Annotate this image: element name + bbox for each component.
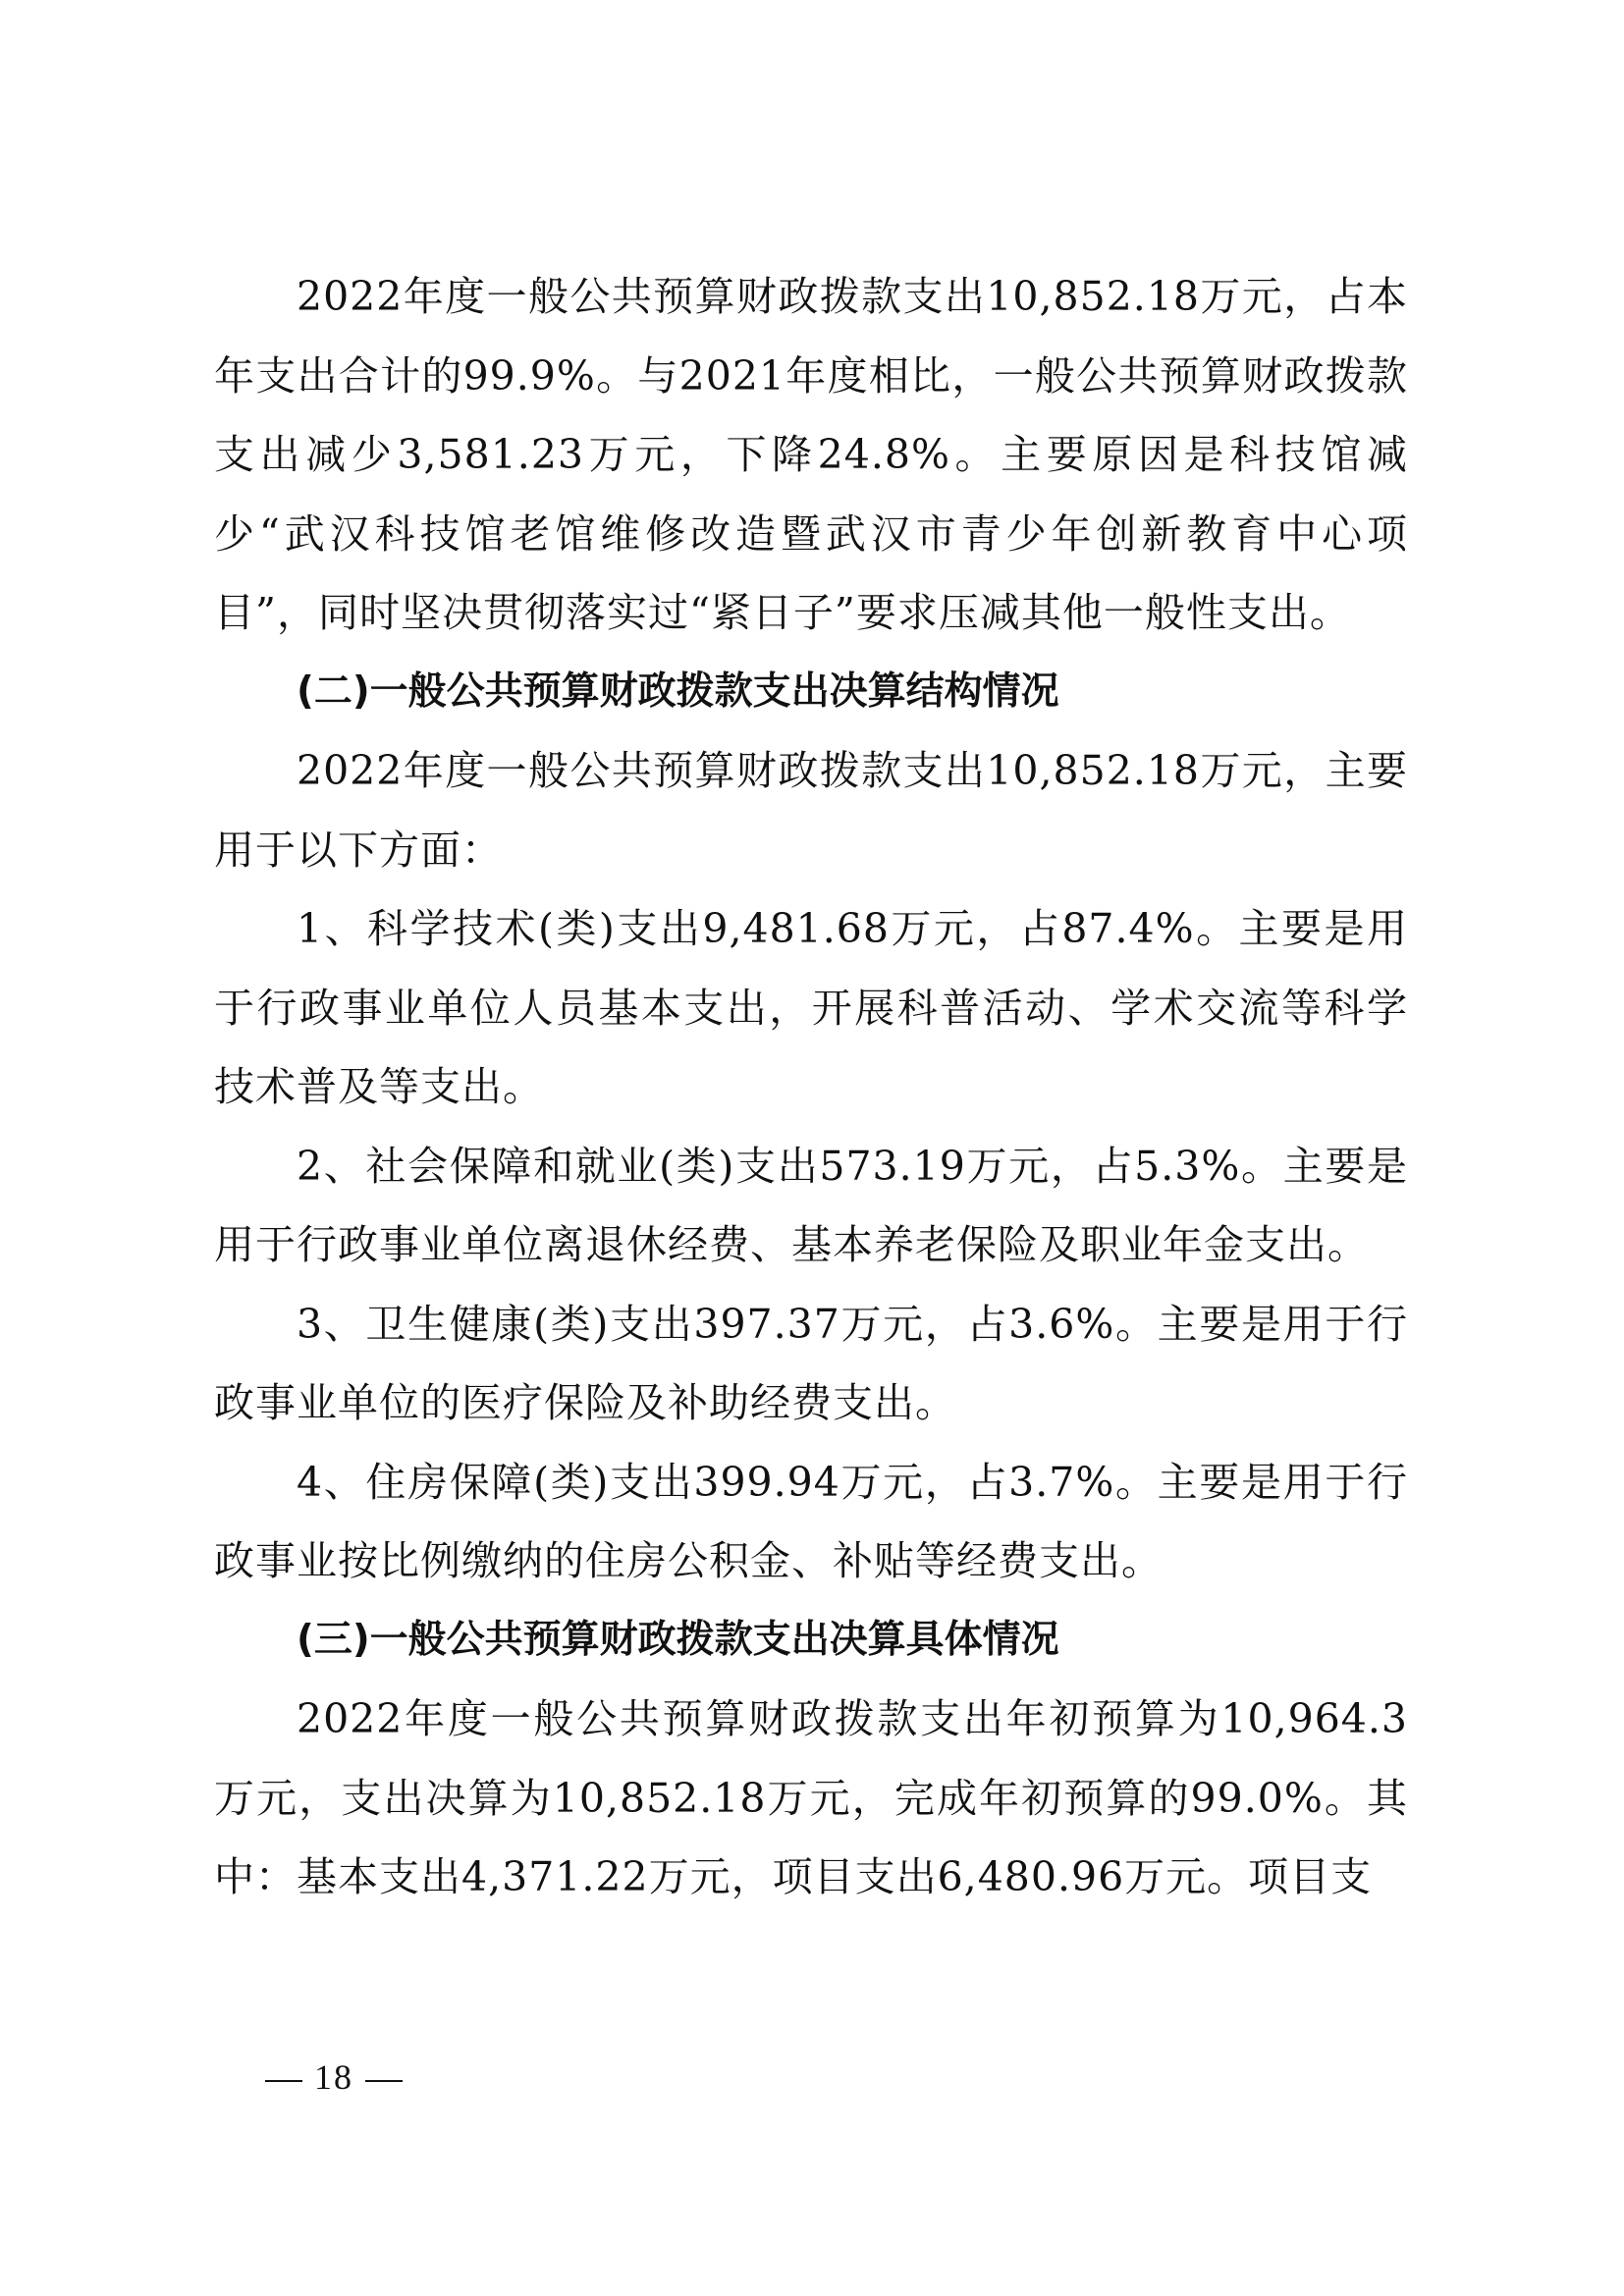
section-heading-details: (三)一般公共预算财政拨款支出决算具体情况 [214, 1601, 1408, 1681]
page-number: 18 [314, 2057, 353, 2097]
paragraph-budget-details: 2022年度一般公共预算财政拨款支出年初预算为10,964.3万元，支出决算为1… [214, 1680, 1408, 1917]
footer-dash-right [365, 2080, 403, 2082]
paragraph-structure-intro: 2022年度一般公共预算财政拨款支出10,852.18万元，主要用于以下方面： [214, 731, 1408, 889]
paragraph-housing: 4、住房保障(类)支出399.94万元，占3.7%。主要是用于行政事业按比例缴纳… [214, 1443, 1408, 1601]
page-footer: 18 [253, 2056, 414, 2098]
section-heading-structure: (二)一般公共预算财政拨款支出决算结构情况 [214, 653, 1408, 732]
paragraph-expenditure-summary: 2022年度一般公共预算财政拨款支出10,852.18万元，占本年支出合计的99… [214, 257, 1408, 653]
document-page: 2022年度一般公共预算财政拨款支出10,852.18万元，占本年支出合计的99… [0, 0, 1624, 2296]
paragraph-health: 3、卫生健康(类)支出397.37万元，占3.6%。主要是用于行政事业单位的医疗… [214, 1285, 1408, 1443]
paragraph-social-security: 2、社会保障和就业(类)支出573.19万元，占5.3%。主要是用于行政事业单位… [214, 1127, 1408, 1285]
footer-dash-left [265, 2080, 302, 2082]
document-body: 2022年度一般公共预算财政拨款支出10,852.18万元，占本年支出合计的99… [214, 257, 1408, 1917]
paragraph-science-technology: 1、科学技术(类)支出9,481.68万元，占87.4%。主要是用于行政事业单位… [214, 889, 1408, 1127]
